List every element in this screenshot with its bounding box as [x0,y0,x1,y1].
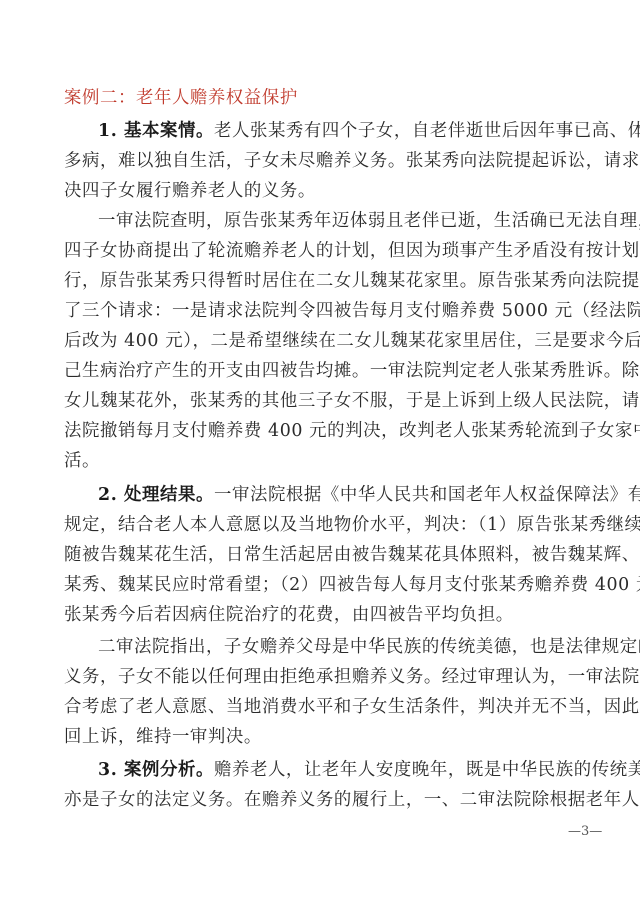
case-title: 案例二：老年人赡养权益保护 [64,86,298,110]
paragraph-line: 女儿魏某花外，张某秀的其他三子女不服，于是上诉到上级人民法院，请求 [64,389,584,413]
paragraph-line: 随被告魏某花生活，日常生活起居由被告魏某花具体照料，被告魏某辉、魏 [64,543,584,567]
paragraph-line: 1. 基本案情。老人张某秀有四个子女，自老伴逝世后因年事已高、体弱 [98,119,584,143]
paragraph-line: 一审法院查明，原告张某秀年迈体弱且老伴已逝，生活确已无法自理， [98,209,584,233]
paragraph-line: 多病，难以独自生活，子女未尽赡养义务。张某秀向法院提起诉讼，请求判 [64,149,584,173]
section-heading-result: 2. 处理结果。 [98,485,214,505]
paragraph-line: 了三个请求：一是请求法院判令四被告每月支付赡养费 5000 元（经法院调解 [64,299,584,323]
paragraph-line: 行，原告张某秀只得暂时居住在二女儿魏某花家里。原告张某秀向法院提出 [64,269,584,293]
paragraph-line: 亦是子女的法定义务。在赡养义务的履行上，一、二审法院除根据老年人的 [64,788,584,812]
section-heading-analysis: 3. 案例分析。 [98,760,214,780]
page-number: —3— [568,824,602,839]
paragraph-line: 合考虑了老人意愿、当地消费水平和子女生活条件，判决并无不当，因此驳 [64,695,584,719]
paragraph-line: 后改为 400 元），二是希望继续在二女儿魏某花家里居住，三是要求今后因自 [64,329,584,353]
paragraph-line: 3. 案例分析。赡养老人，让老年人安度晚年，既是中华民族的传统美德， [98,758,584,782]
paragraph-line: 某秀、魏某民应时常看望；（2）四被告每人每月支付张某秀赡养费 400 元；（3） [64,573,584,597]
paragraph-line: 二审法院指出，子女赡养父母是中华民族的传统美德，也是法律规定的 [98,635,584,659]
paragraph-line: 活。 [64,449,584,473]
paragraph-line: 回上诉，维持一审判决。 [64,725,584,749]
document-page: 案例二：老年人赡养权益保护 1. 基本案情。老人张某秀有四个子女，自老伴逝世后因… [0,0,640,905]
paragraph-line: 张某秀今后若因病住院治疗的花费，由四被告平均负担。 [64,603,584,627]
paragraph-line: 规定，结合老人本人意愿以及当地物价水平，判决：（1）原告张某秀继续跟 [64,513,584,537]
paragraph-line: 己生病治疗产生的开支由四被告均摊。一审法院判定老人张某秀胜诉。除二 [64,359,584,383]
paragraph-line: 义务，子女不能以任何理由拒绝承担赡养义务。经过审理认为，一审法院综 [64,665,584,689]
paragraph-line: 四子女协商提出了轮流赡养老人的计划，但因为琐事产生矛盾没有按计划执 [64,239,584,263]
paragraph-line: 法院撤销每月支付赡养费 400 元的判决，改判老人张某秀轮流到子女家中生 [64,419,584,443]
paragraph-line: 决四子女履行赡养老人的义务。 [64,179,584,203]
paragraph-line: 2. 处理结果。一审法院根据《中华人民共和国老年人权益保障法》有关 [98,483,584,507]
section-heading-basic-facts: 1. 基本案情。 [98,121,214,141]
